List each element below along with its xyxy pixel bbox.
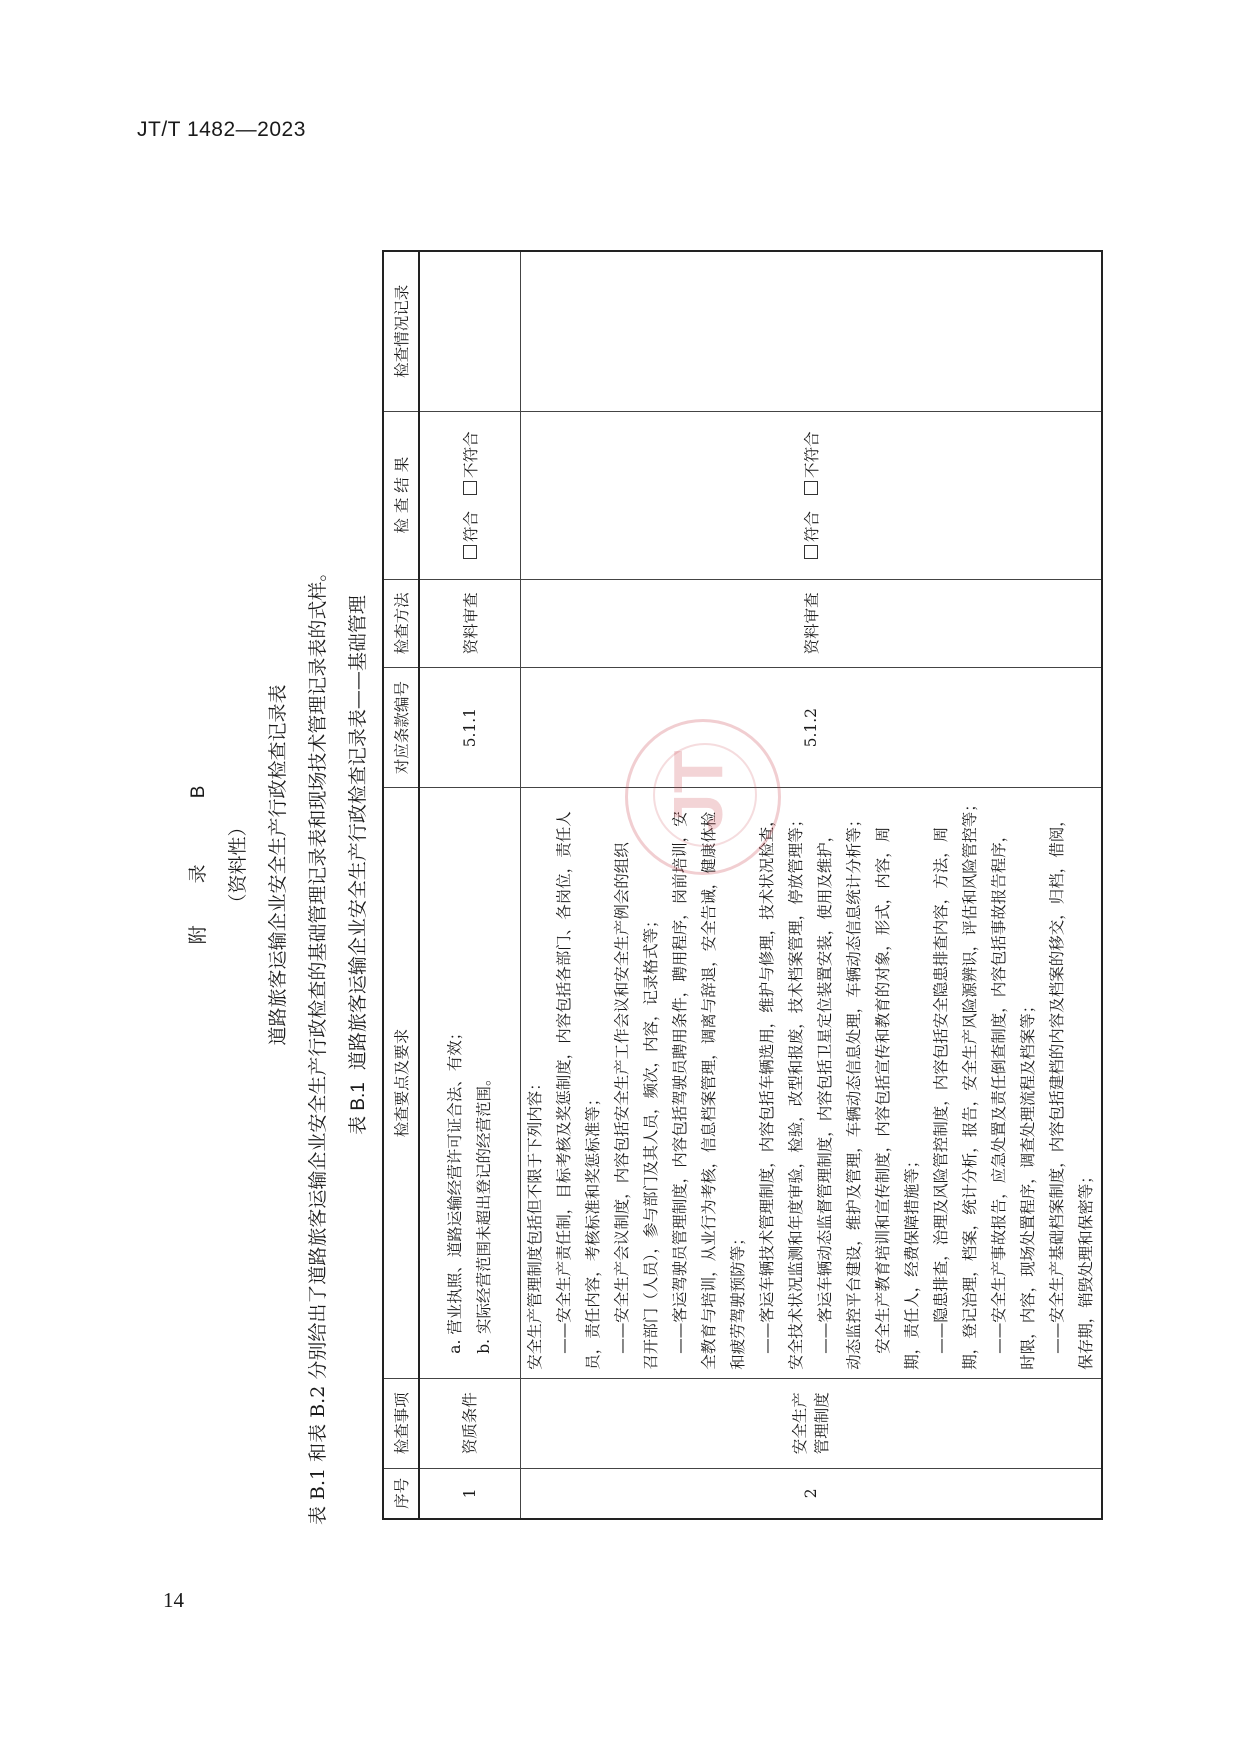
- requirement-line: ——安全生产事故报告，应急处置及责任倒查制度，内容包括事故报告程序，: [985, 796, 1014, 1370]
- checkbox-conform[interactable]: 符合: [800, 511, 822, 559]
- rotated-landscape-content: 附 录 B （资料性） 道路旅客运输企业安全生产行政检查记录表 表 B.1 和表…: [175, 165, 1005, 1565]
- requirement-line: 安全生产教育培训和宣传制度，内容包括宣传和教育的对象，形式，内容，周: [869, 796, 898, 1370]
- standard-code: JT/T 1482—2023: [137, 118, 306, 142]
- requirement-line: 保存期，销毁处理和保密等；: [1072, 796, 1101, 1370]
- table-caption: 表 B.1道路旅客运输企业安全生产行政检查记录表——基础管理: [343, 165, 370, 1565]
- cell-method: 资料审查: [521, 579, 1103, 667]
- requirement-line: a. 营业执照、道路运输经营许可证合法、有效；: [441, 796, 470, 1370]
- item-line: 管理制度: [811, 1387, 833, 1460]
- col-header-method: 检查方法: [383, 579, 419, 667]
- checkbox-square-icon[interactable]: [804, 545, 818, 559]
- requirement-line: 召开部门（人员），参与部门及其人员，频次，内容，记录格式等；: [637, 796, 666, 1370]
- cell-requirements: a. 营业执照、道路运输经营许可证合法、有效；b. 实际经营范围未超出登记的经营…: [419, 788, 521, 1379]
- table-row: 1资质条件a. 营业执照、道路运输经营许可证合法、有效；b. 实际经营范围未超出…: [419, 251, 521, 1519]
- requirement-line: 期，登记治理，档案，统计分析，报告，安全生产风险源辨识，评估和风险管控等；: [956, 796, 985, 1370]
- checkbox-square-icon[interactable]: [463, 545, 477, 559]
- requirement-line: ——安全生产基础档案制度，内容包括建档的内容及档案的移交，归档，借阅，: [1043, 796, 1072, 1370]
- appendix-title: 附 录 B: [183, 165, 210, 1565]
- inspection-record-table: 序号 检查事项 检查要点及要求 对应条款编号 检查方法 检 查 结 果 检查情况…: [382, 250, 1103, 1520]
- table-caption-number: 表 B.1: [348, 1082, 369, 1135]
- cell-item: 资质条件: [419, 1378, 521, 1468]
- cell-requirements: 安全生产管理制度包括但不限于下列内容：——安全生产责任制，目标考核及奖惩制度，内…: [521, 788, 1103, 1379]
- cell-record: [521, 251, 1103, 411]
- requirement-line: 安全生产管理制度包括但不限于下列内容：: [521, 796, 550, 1370]
- requirement-line: ——安全生产会议制度，内容包括安全生产工作会议和安全生产例会的组织: [608, 796, 637, 1370]
- col-header-item: 检查事项: [383, 1378, 419, 1468]
- item-line: 资质条件: [459, 1387, 481, 1460]
- requirement-line: 全教育与培训，从业行为考核，信息档案管理，调离与辞退，安全告诫，健康体检: [695, 796, 724, 1370]
- requirement-line: 和疲劳驾驶预防等；: [724, 796, 753, 1370]
- checkbox-square-icon[interactable]: [804, 481, 818, 495]
- col-header-requirements: 检查要点及要求: [383, 788, 419, 1379]
- col-header-no: 序号: [383, 1468, 419, 1519]
- requirement-line: b. 实际经营范围未超出登记的经营范围。: [470, 796, 499, 1370]
- cell-result: 符合不符合: [419, 411, 521, 579]
- cell-record: [419, 251, 521, 411]
- checkbox-nonconform[interactable]: 不符合: [800, 431, 822, 495]
- checkbox-label: 符合: [803, 511, 821, 542]
- col-header-record: 检查情况记录: [383, 251, 419, 411]
- col-header-result: 检 查 结 果: [383, 411, 419, 579]
- checkbox-label: 不符合: [462, 431, 480, 478]
- appendix-intro: 表 B.1 和表 B.2 分别给出了道路旅客运输企业安全生产行政检查的基础管理记…: [303, 185, 330, 1525]
- requirement-line: 安全技术状况监测和年度审验，检验，改型和报废，技术档案管理，停放管理等；: [782, 796, 811, 1370]
- appendix-nature: （资料性）: [223, 165, 250, 1565]
- col-header-clause: 对应条款编号: [383, 668, 419, 788]
- cell-no: 2: [521, 1468, 1103, 1519]
- appendix-letter: B: [188, 786, 209, 799]
- checkbox-label: 不符合: [803, 431, 821, 478]
- table-header-row: 序号 检查事项 检查要点及要求 对应条款编号 检查方法 检 查 结 果 检查情况…: [383, 251, 419, 1519]
- requirement-line: ——客运车辆动态监督管理制度，内容包括卫星定位装置安装，使用及维护，: [811, 796, 840, 1370]
- requirement-line: ——隐患排查，治理及风险管控制度，内容包括安全隐患排查内容，方法，周: [927, 796, 956, 1370]
- cell-clause: 5.1.1: [419, 668, 521, 788]
- checkbox-conform[interactable]: 符合: [459, 511, 481, 559]
- cell-result: 符合不符合: [521, 411, 1103, 579]
- requirement-line: 员，责任内容，考核标准和奖惩标准等；: [579, 796, 608, 1370]
- checkbox-square-icon[interactable]: [463, 481, 477, 495]
- cell-clause: 5.1.2: [521, 668, 1103, 788]
- cell-item: 安全生产管理制度: [521, 1378, 1103, 1468]
- table-row: 2安全生产管理制度安全生产管理制度包括但不限于下列内容：——安全生产责任制，目标…: [521, 251, 1103, 1519]
- appendix-title-prefix: 附 录: [187, 846, 209, 944]
- cell-no: 1: [419, 1468, 521, 1519]
- page-number: 14: [163, 1588, 184, 1613]
- requirement-line: 动态监控平台建设，维护及管理，车辆动态信息处理，车辆动态信息统计分析等；: [840, 796, 869, 1370]
- requirement-line: 时限，内容，现场处置程序，调查处理流程及档案等；: [1014, 796, 1043, 1370]
- requirement-line: ——客运驾驶员管理制度，内容包括驾驶员聘用条件，聘用程序，岗前培训，安: [666, 796, 695, 1370]
- cell-method: 资料审查: [419, 579, 521, 667]
- requirement-line: ——安全生产责任制，目标考核及奖惩制度，内容包括各部门、各岗位，责任人: [550, 796, 579, 1370]
- table-caption-title: 道路旅客运输企业安全生产行政检查记录表——基础管理: [347, 595, 369, 1070]
- checkbox-label: 符合: [462, 511, 480, 542]
- appendix-name: 道路旅客运输企业安全生产行政检查记录表: [263, 165, 290, 1565]
- checkbox-nonconform[interactable]: 不符合: [459, 431, 481, 495]
- item-line: 安全生产: [789, 1387, 811, 1460]
- requirement-line: 期，责任人，经费保障措施等；: [898, 796, 927, 1370]
- requirement-line: ——客运车辆技术管理制度，内容包括车辆选用，维护与修理，技术状况检查，: [753, 796, 782, 1370]
